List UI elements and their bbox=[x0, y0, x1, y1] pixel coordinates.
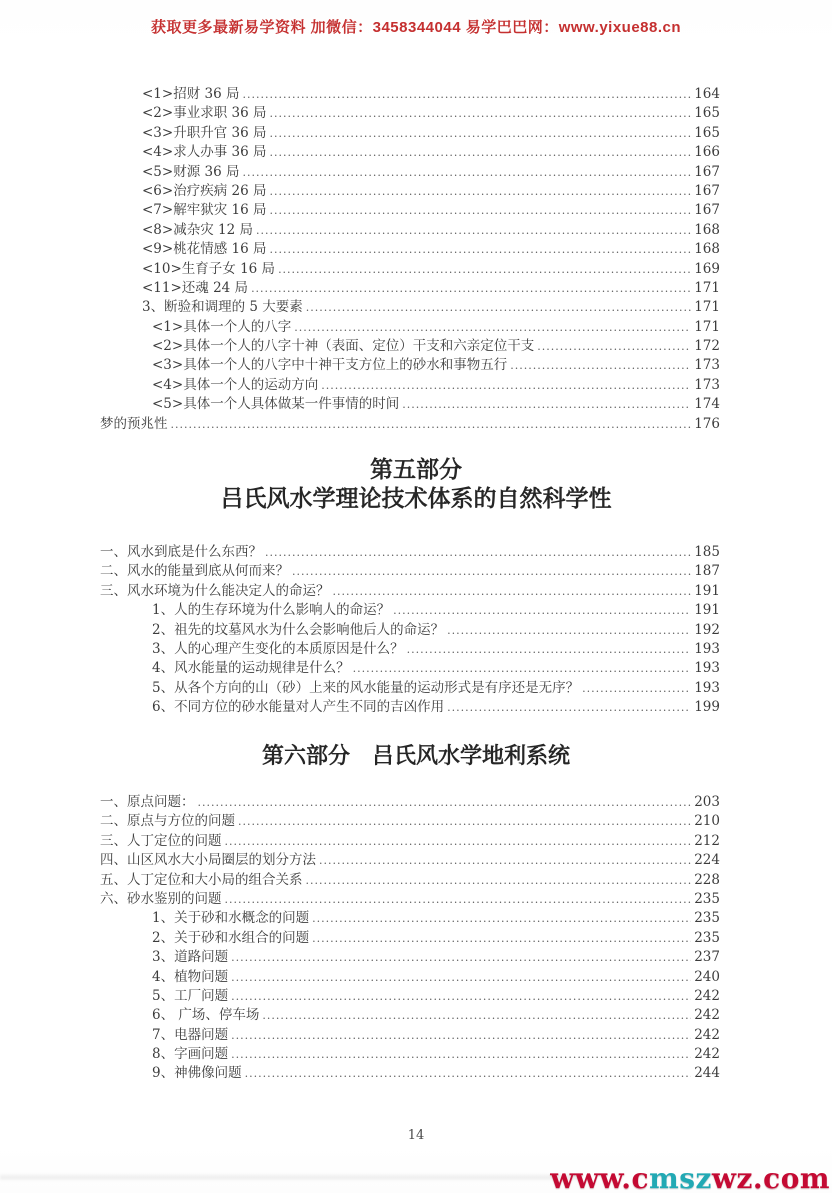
toc-entry: 三、风水环境为什么能决定人的命运？191 bbox=[100, 579, 720, 598]
toc-entry-page: 173 bbox=[694, 377, 720, 393]
toc-leader-dots bbox=[292, 565, 691, 578]
scan-edge-shadow bbox=[0, 1173, 582, 1181]
toc-entry-page: 167 bbox=[694, 183, 720, 199]
toc-leader-dots bbox=[231, 1048, 691, 1061]
toc-entry-page: 171 bbox=[694, 280, 720, 296]
toc-leader-dots bbox=[231, 971, 691, 984]
watermark: www.cmszwz.com bbox=[550, 1165, 830, 1193]
toc-entry: 六、砂水鉴别的问题235 bbox=[100, 887, 720, 906]
toc-entry: <8>减杂灾 12 局168 bbox=[100, 218, 720, 237]
toc-entry-page: 224 bbox=[694, 852, 720, 868]
toc-entry-page: 171 bbox=[694, 319, 720, 335]
toc-entry: 9、神佛像问题244 bbox=[100, 1061, 720, 1080]
toc-leader-dots bbox=[171, 418, 692, 431]
toc-entry: <3>具体一个人的八字中十神干支方位上的砂水和事物五行173 bbox=[100, 353, 720, 372]
toc-entry-text: 1、关于砂和水概念的问题 bbox=[152, 906, 309, 926]
toc-entry-text: <8>减杂灾 12 局 bbox=[142, 218, 253, 238]
toc-leader-dots bbox=[242, 166, 691, 179]
toc-entry: <6>治疗疾病 26 局167 bbox=[100, 179, 720, 198]
toc-entry-page: 235 bbox=[694, 910, 720, 926]
watermark-suffix: wz.com bbox=[712, 1162, 830, 1193]
toc-entry: <10>生育子女 16 局169 bbox=[100, 257, 720, 276]
toc-leader-dots bbox=[269, 243, 691, 256]
toc-entry-text: <3>具体一个人的八字中十神干支方位上的砂水和事物五行 bbox=[152, 353, 507, 373]
toc-entry: 五、人丁定位和大小局的组合关系228 bbox=[100, 868, 720, 887]
toc-entry-text: 2、祖先的坟墓风水为什么会影响他后人的命运？ bbox=[152, 618, 444, 638]
toc-entry-page: 191 bbox=[694, 583, 720, 599]
toc-entry-text: 四、山区风水大小局圈层的划分方法 bbox=[100, 848, 316, 868]
toc-entry-page: 166 bbox=[694, 144, 720, 160]
toc-leader-dots bbox=[231, 990, 691, 1003]
toc-entry-page: 210 bbox=[694, 813, 720, 829]
toc-leader-dots bbox=[262, 1009, 691, 1022]
toc-entry-page: 165 bbox=[694, 105, 720, 121]
toc-leader-dots bbox=[306, 301, 691, 314]
toc-entry-page: 187 bbox=[694, 563, 720, 579]
toc-leader-dots bbox=[256, 224, 691, 237]
toc-entry-text: <2>具体一个人的八字十神（表面、定位）干支和六亲定位干支 bbox=[152, 334, 534, 354]
toc-entry-page: 193 bbox=[694, 641, 720, 657]
toc-entry-page: 165 bbox=[694, 125, 720, 141]
toc-entry: <4>具体一个人的运动方向173 bbox=[100, 373, 720, 392]
toc-entry: 四、山区风水大小局圈层的划分方法224 bbox=[100, 848, 720, 867]
toc-leader-dots bbox=[312, 912, 691, 925]
toc-entry-page: 167 bbox=[694, 164, 720, 180]
toc-leader-dots bbox=[242, 88, 691, 101]
toc-leader-dots bbox=[306, 874, 692, 887]
toc-leader-dots bbox=[537, 340, 691, 353]
toc-leader-dots bbox=[312, 932, 691, 945]
toc-entry-text: <9>桃花情感 16 局 bbox=[142, 237, 266, 257]
toc-entry: <2>事业求职 36 局165 bbox=[100, 101, 720, 120]
toc-entry-page: 193 bbox=[694, 680, 720, 696]
page-number: 14 bbox=[0, 1128, 832, 1143]
toc-leader-dots bbox=[393, 604, 691, 617]
toc-entry-page: 185 bbox=[694, 544, 720, 560]
toc-leader-dots bbox=[447, 624, 691, 637]
toc-entry-page: 164 bbox=[694, 86, 720, 102]
toc-leader-dots bbox=[510, 359, 691, 372]
toc-entry-page: 242 bbox=[694, 1046, 720, 1062]
toc-entry-text: 一、原点问题： bbox=[100, 790, 195, 810]
toc-entry: 一、风水到底是什么东西？185 bbox=[100, 540, 720, 559]
toc-entry: 5、从各个方向的山（砂）上来的风水能量的运动形式是有序还是无序？193 bbox=[100, 676, 720, 695]
section5-title-line2: 吕氏风水学理论技术体系的自然科学性 bbox=[0, 485, 832, 514]
toc-leader-dots bbox=[198, 796, 692, 809]
toc-leader-dots bbox=[269, 185, 691, 198]
toc-entry-page: 203 bbox=[694, 794, 720, 810]
toc-leader-dots bbox=[269, 146, 691, 159]
toc-entry-text: <5>财源 36 局 bbox=[142, 160, 239, 180]
toc-leader-dots bbox=[231, 951, 691, 964]
toc-entry: 4、风水能量的运动规律是什么？193 bbox=[100, 656, 720, 675]
toc-entry: 2、祖先的坟墓风水为什么会影响他后人的命运？192 bbox=[100, 618, 720, 637]
watermark-middle: msz bbox=[649, 1162, 712, 1193]
toc-entry-text: 五、人丁定位和大小局的组合关系 bbox=[100, 868, 303, 888]
section5-toc-list: 一、风水到底是什么东西？185二、风水的能量到底从何而来？187三、风水环境为什… bbox=[100, 540, 720, 715]
toc-entry-text: 5、从各个方向的山（砂）上来的风水能量的运动形式是有序还是无序？ bbox=[152, 676, 579, 696]
toc-entry: <1>具体一个人的八字171 bbox=[100, 315, 720, 334]
toc-entry-text: <4>求人办事 36 局 bbox=[142, 140, 266, 160]
toc-entry: <2>具体一个人的八字十神（表面、定位）干支和六亲定位干支172 bbox=[100, 334, 720, 353]
toc-entry: 7、电器问题242 bbox=[100, 1023, 720, 1042]
scanned-page: 获取更多最新易学资料 加微信：3458344044 易学巴巴网：www.yixu… bbox=[0, 0, 832, 1193]
toc-leader-dots bbox=[407, 643, 692, 656]
toc-entry-page: 167 bbox=[694, 202, 720, 218]
toc-entry-text: 7、电器问题 bbox=[152, 1023, 228, 1043]
toc-entry-text: 六、砂水鉴别的问题 bbox=[100, 887, 222, 907]
toc-entry-text: <11>还魂 24 局 bbox=[142, 276, 248, 296]
toc-entry: 8、字画问题242 bbox=[100, 1042, 720, 1061]
toc-entry: <4>求人办事 36 局166 bbox=[100, 140, 720, 159]
toc-entry-page: 244 bbox=[694, 1065, 720, 1081]
toc-leader-dots bbox=[251, 282, 691, 295]
section6-heading: 第六部分 吕氏风水学地利系统 bbox=[0, 742, 832, 772]
toc-entry: <7>解牢狱灾 16 局167 bbox=[100, 198, 720, 217]
toc-entry-text: 三、人丁定位的问题 bbox=[100, 829, 222, 849]
toc-entry-page: 171 bbox=[694, 299, 720, 315]
toc-entry: <5>财源 36 局167 bbox=[100, 160, 720, 179]
toc-entry: 4、植物问题240 bbox=[100, 965, 720, 984]
toc-entry-page: 242 bbox=[694, 1007, 720, 1023]
toc-leader-dots bbox=[225, 893, 692, 906]
toc-entry-page: 199 bbox=[694, 699, 720, 715]
toc-entry-text: 8、字画问题 bbox=[152, 1042, 228, 1062]
toc-entry-page: 228 bbox=[694, 872, 720, 888]
toc-entry-text: 一、风水到底是什么东西？ bbox=[100, 540, 262, 560]
toc-entry-text: <1>具体一个人的八字 bbox=[152, 315, 291, 335]
toc-leader-dots bbox=[278, 263, 691, 276]
toc-entry-page: 240 bbox=[694, 969, 720, 985]
toc-entry-text: 1、人的生存环境为什么影响人的命运？ bbox=[152, 598, 390, 618]
toc-entry-page: 191 bbox=[694, 602, 720, 618]
toc-leader-dots bbox=[294, 321, 691, 334]
toc-entry: 3、人的心理产生变化的本质原因是什么？193 bbox=[100, 637, 720, 656]
promo-header-text: 获取更多最新易学资料 加微信：3458344044 易学巴巴网：www.yixu… bbox=[0, 16, 832, 37]
toc-entry-text: 6、 广场、停车场 bbox=[152, 1003, 259, 1023]
toc-entry-page: 237 bbox=[694, 949, 720, 965]
toc-entry: 3、断验和调理的 5 大要素171 bbox=[100, 295, 720, 314]
toc-leader-dots bbox=[231, 1029, 691, 1042]
toc-leader-dots bbox=[353, 662, 692, 675]
toc-entry-page: 235 bbox=[694, 891, 720, 907]
toc-entry: 6、不同方位的砂水能量对人产生不同的吉凶作用199 bbox=[100, 695, 720, 714]
toc-entry: 1、关于砂和水概念的问题235 bbox=[100, 906, 720, 925]
toc-entry-page: 193 bbox=[694, 660, 720, 676]
toc-entry: 6、 广场、停车场242 bbox=[100, 1003, 720, 1022]
toc-entry-text: 3、断验和调理的 5 大要素 bbox=[142, 295, 303, 315]
toc-entry-text: <6>治疗疾病 26 局 bbox=[142, 179, 266, 199]
toc-entry-page: 242 bbox=[694, 988, 720, 1004]
section5-title-line1: 第五部分 bbox=[0, 456, 832, 485]
toc-leader-dots bbox=[321, 379, 691, 392]
toc-entry: <3>升职升官 36 局165 bbox=[100, 121, 720, 140]
toc-entry-page: 168 bbox=[694, 241, 720, 257]
toc-entry-page: 168 bbox=[694, 222, 720, 238]
toc-entry-text: <4>具体一个人的运动方向 bbox=[152, 373, 318, 393]
toc-entry-page: 174 bbox=[694, 396, 720, 412]
toc-entry-text: 三、风水环境为什么能决定人的命运？ bbox=[100, 579, 330, 599]
toc-entry-text: 梦的预兆性 bbox=[100, 412, 168, 432]
toc-entry-text: <10>生育子女 16 局 bbox=[142, 257, 275, 277]
toc-entry-text: <2>事业求职 36 局 bbox=[142, 101, 266, 121]
toc-leader-dots bbox=[402, 398, 691, 411]
toc-entry-page: 242 bbox=[694, 1027, 720, 1043]
toc-entry-page: 173 bbox=[694, 357, 720, 373]
toc-entry: 三、人丁定位的问题212 bbox=[100, 829, 720, 848]
toc-entry-text: <3>升职升官 36 局 bbox=[142, 121, 266, 141]
toc-entry: 一、原点问题：203 bbox=[100, 790, 720, 809]
toc-entry-text: 6、不同方位的砂水能量对人产生不同的吉凶作用 bbox=[152, 695, 444, 715]
toc-leader-dots bbox=[238, 815, 691, 828]
toc-entry-text: 5、工厂问题 bbox=[152, 984, 228, 1004]
toc-entry: 3、道路问题237 bbox=[100, 945, 720, 964]
watermark-prefix: www.c bbox=[550, 1162, 649, 1193]
toc-entry-text: <7>解牢狱灾 16 局 bbox=[142, 198, 266, 218]
toc-entry-page: 235 bbox=[694, 930, 720, 946]
toc-leader-dots bbox=[269, 127, 691, 140]
toc-entry-page: 192 bbox=[694, 622, 720, 638]
toc-entry: <1>招财 36 局164 bbox=[100, 82, 720, 101]
toc-entry: 5、工厂问题242 bbox=[100, 984, 720, 1003]
toc-leader-dots bbox=[333, 585, 692, 598]
toc-entry: <11>还魂 24 局171 bbox=[100, 276, 720, 295]
toc-entry-text: 3、道路问题 bbox=[152, 945, 228, 965]
toc-leader-dots bbox=[225, 835, 692, 848]
toc-entry-text: 4、植物问题 bbox=[152, 965, 228, 985]
toc-entry-page: 172 bbox=[694, 338, 720, 354]
toc-top-list: <1>招财 36 局164<2>事业求职 36 局165<3>升职升官 36 局… bbox=[100, 82, 720, 431]
section6-title: 第六部分 吕氏风水学地利系统 bbox=[0, 742, 832, 772]
toc-entry-text: <1>招财 36 局 bbox=[142, 82, 239, 102]
toc-entry-text: 4、风水能量的运动规律是什么？ bbox=[152, 656, 350, 676]
toc-entry: 1、人的生存环境为什么影响人的命运？191 bbox=[100, 598, 720, 617]
toc-leader-dots bbox=[319, 854, 691, 867]
toc-leader-dots bbox=[245, 1067, 692, 1080]
section6-toc-list: 一、原点问题：203二、原点与方位的问题210三、人丁定位的问题212四、山区风… bbox=[100, 790, 720, 1081]
toc-entry: 梦的预兆性176 bbox=[100, 412, 720, 431]
toc-entry: 二、原点与方位的问题210 bbox=[100, 809, 720, 828]
toc-leader-dots bbox=[265, 546, 691, 559]
toc-entry-page: 169 bbox=[694, 261, 720, 277]
toc-leader-dots bbox=[269, 107, 691, 120]
toc-entry-text: 二、风水的能量到底从何而来？ bbox=[100, 559, 289, 579]
toc-entry-text: <5>具体一个人具体做某一件事情的时间 bbox=[152, 392, 399, 412]
toc-entry-text: 2、关于砂和水组合的问题 bbox=[152, 926, 309, 946]
toc-entry: 2、关于砂和水组合的问题235 bbox=[100, 926, 720, 945]
toc-entry: <5>具体一个人具体做某一件事情的时间174 bbox=[100, 392, 720, 411]
section5-heading: 第五部分 吕氏风水学理论技术体系的自然科学性 bbox=[0, 456, 832, 514]
toc-entry-text: 二、原点与方位的问题 bbox=[100, 809, 235, 829]
toc-leader-dots bbox=[447, 701, 691, 714]
toc-entry-page: 176 bbox=[694, 416, 720, 432]
toc-entry-text: 9、神佛像问题 bbox=[152, 1061, 242, 1081]
toc-leader-dots bbox=[582, 682, 691, 695]
toc-entry: 二、风水的能量到底从何而来？187 bbox=[100, 559, 720, 578]
toc-leader-dots bbox=[269, 204, 691, 217]
toc-entry-text: 3、人的心理产生变化的本质原因是什么？ bbox=[152, 637, 404, 657]
toc-entry-page: 212 bbox=[694, 833, 720, 849]
toc-entry: <9>桃花情感 16 局168 bbox=[100, 237, 720, 256]
